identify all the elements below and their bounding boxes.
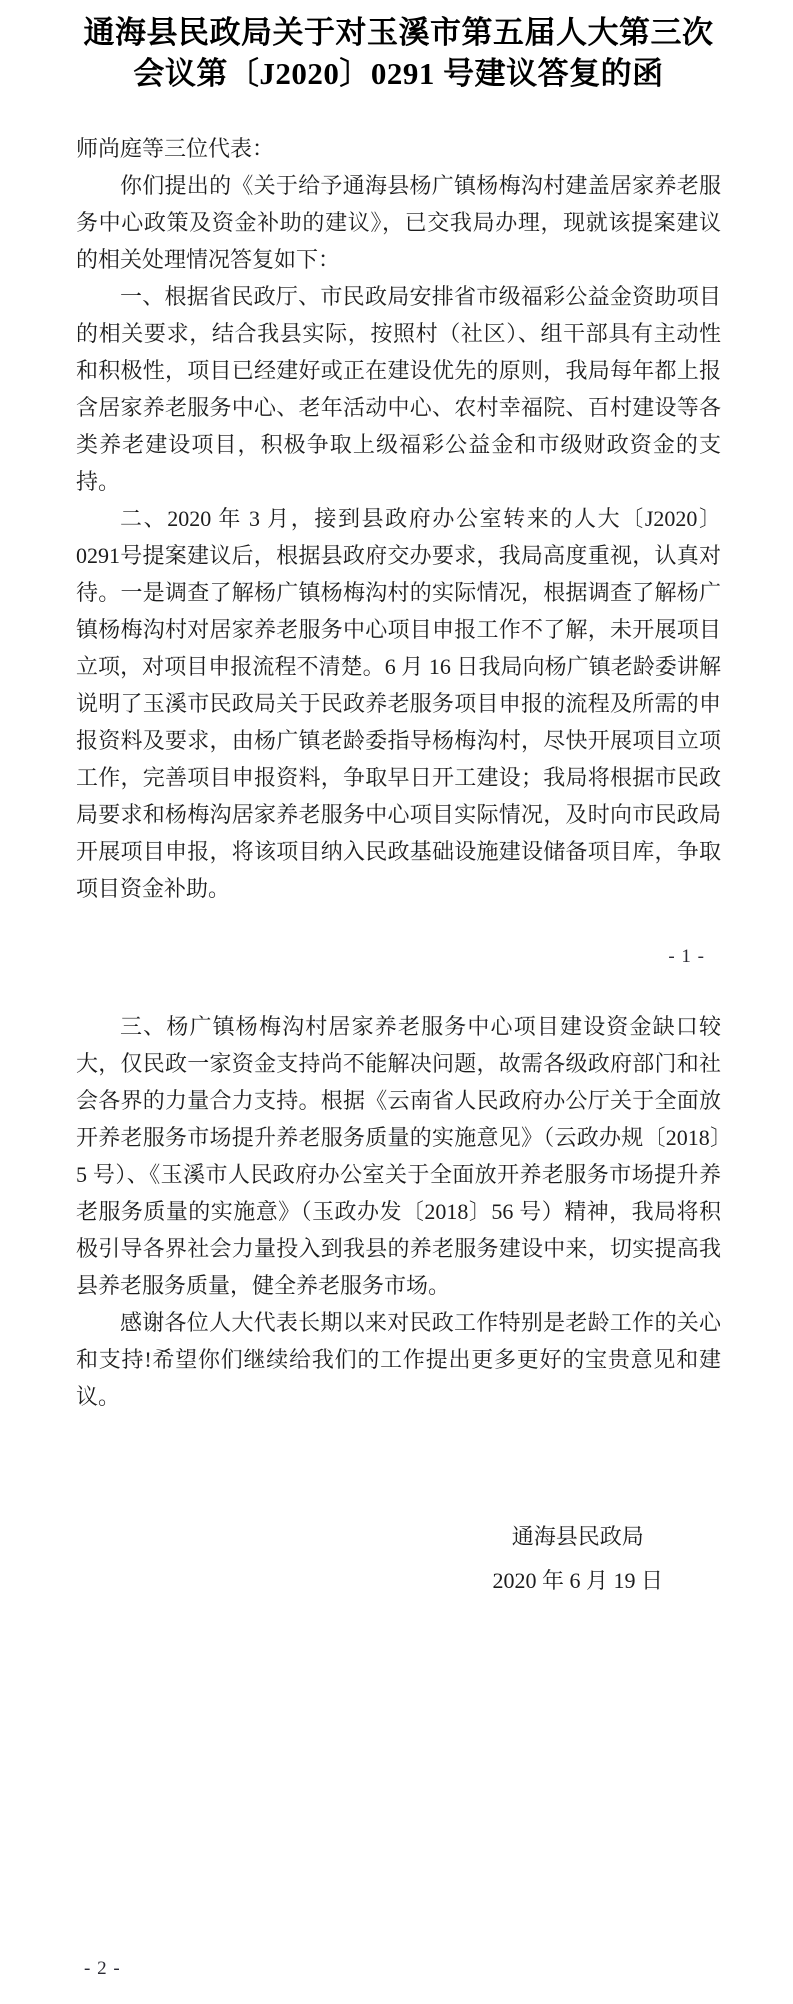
body-paragraph-item-2: 二、2020 年 3 月，接到县政府办公室转来的人大〔J2020〕0291号提案… bbox=[76, 500, 721, 907]
document-page-2: 三、杨广镇杨梅沟村居家养老服务中心项目建设资金缺口较大，仅民政一家资金支持尚不能… bbox=[0, 1002, 793, 2004]
page-number-2: - 2 - bbox=[84, 1958, 121, 1980]
body-paragraph-item-3: 三、杨广镇杨梅沟村居家养老服务中心项目建设资金缺口较大，仅民政一家资金支持尚不能… bbox=[76, 1008, 721, 1304]
signature-organization: 通海县民政局 bbox=[492, 1515, 663, 1559]
document-page-1: 通海县民政局关于对玉溪市第五届人大第三次 会议第〔J2020〕0291 号建议答… bbox=[0, 0, 793, 1002]
signature-area: 通海县民政局 2020 年 6 月 19 日 bbox=[76, 1515, 721, 1603]
signature-block: 通海县民政局 2020 年 6 月 19 日 bbox=[492, 1515, 663, 1603]
body-paragraph-closing: 感谢各位人大代表长期以来对民政工作特别是老龄工作的关心和支持!希望你们继续给我们… bbox=[76, 1304, 721, 1415]
page-number-1: - 1 - bbox=[668, 946, 705, 968]
salutation: 师尚庭等三位代表： bbox=[76, 130, 721, 167]
title-line-1: 通海县民政局关于对玉溪市第五届人大第三次 bbox=[76, 12, 721, 53]
document-title: 通海县民政局关于对玉溪市第五届人大第三次 会议第〔J2020〕0291 号建议答… bbox=[76, 0, 721, 94]
body-paragraph-intro: 你们提出的《关于给予通海县杨广镇杨梅沟村建盖居家养老服务中心政策及资金补助的建议… bbox=[76, 167, 721, 278]
body-paragraph-item-1: 一、根据省民政厅、市民政局安排省市级福彩公益金资助项目的相关要求，结合我县实际，… bbox=[76, 278, 721, 500]
title-line-2: 会议第〔J2020〕0291 号建议答复的函 bbox=[76, 53, 721, 94]
signature-date: 2020 年 6 月 19 日 bbox=[492, 1559, 663, 1603]
page-1-content: 通海县民政局关于对玉溪市第五届人大第三次 会议第〔J2020〕0291 号建议答… bbox=[0, 0, 793, 907]
page-2-content: 三、杨广镇杨梅沟村居家养老服务中心项目建设资金缺口较大，仅民政一家资金支持尚不能… bbox=[0, 1002, 793, 1603]
